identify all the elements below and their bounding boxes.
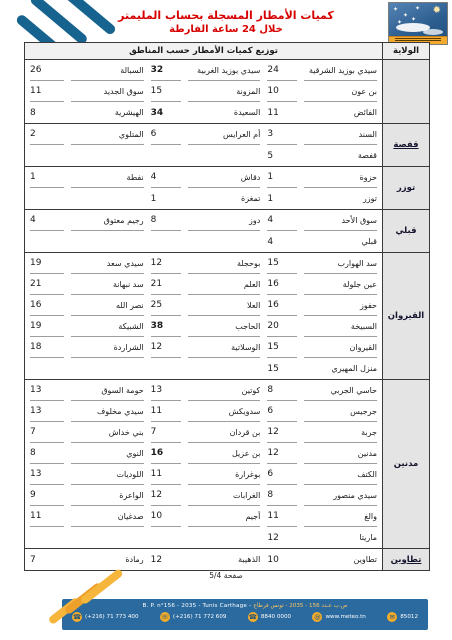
station-name: الشراردة bbox=[71, 337, 144, 358]
rain-value: 13 bbox=[30, 401, 64, 422]
rain-value: 11 bbox=[30, 81, 64, 102]
stations-grid: حزوة1دقاش4نفطة1توزر1تمغزة1 bbox=[25, 167, 382, 209]
station-name bbox=[188, 527, 261, 548]
station-name: ماريتا bbox=[304, 527, 377, 548]
station-name: كوتين bbox=[188, 380, 261, 401]
wilaya-label: توزر bbox=[382, 167, 429, 209]
rain-value: 7 bbox=[151, 422, 181, 443]
station-name: تمغزة bbox=[188, 188, 261, 209]
address-latin: B. P. n°156 - 2035 - Tunis Carthage - bbox=[142, 603, 251, 609]
rain-value: 3 bbox=[267, 124, 297, 145]
wilaya-group: تطاوينتطاوين10الذهيبة12رمادة7 bbox=[25, 548, 429, 570]
wilaya-group: قفصةالسند3أم العرايس6المتلوي2قفصة5 bbox=[25, 123, 429, 166]
rain-value: 12 bbox=[151, 485, 181, 506]
rain-value: 16 bbox=[267, 295, 297, 316]
rain-value bbox=[151, 145, 181, 166]
station-name: بن عون bbox=[304, 81, 377, 102]
rain-value: 8 bbox=[151, 210, 181, 231]
wilaya-label: قفصة bbox=[382, 124, 429, 166]
wilaya-label bbox=[382, 60, 429, 123]
rain-value: 5 bbox=[267, 145, 297, 166]
station-name: حزوة bbox=[304, 167, 377, 188]
rain-value: 21 bbox=[151, 274, 181, 295]
wilaya-group: سيدي بوزيد الشرقية24سيدي بوزيد الغربية32… bbox=[25, 60, 429, 123]
rain-value: 38 bbox=[151, 316, 181, 337]
contacts-row: ☎(+216) 71 773 400☏(+216) 71 772 609☎884… bbox=[62, 612, 428, 622]
station-name: المزونة bbox=[188, 81, 261, 102]
contact-text: (+216) 71 772 609 bbox=[173, 614, 227, 620]
rain-value bbox=[30, 527, 64, 548]
address-arabic: ص.ب عـدد 156 - 2035 - تونس قرطاج bbox=[253, 603, 347, 609]
rain-value: 13 bbox=[30, 380, 64, 401]
rain-value: 19 bbox=[30, 316, 64, 337]
station-name: منزل المهيري bbox=[304, 358, 377, 379]
rain-value: 8 bbox=[267, 485, 297, 506]
rain-table: الولاية توزيع كميات الأمطار حسب المناطق … bbox=[24, 42, 430, 571]
station-name: جربة bbox=[304, 422, 377, 443]
rain-value bbox=[151, 231, 181, 252]
rain-value: 12 bbox=[267, 422, 297, 443]
wilaya-group: القيروانسد الهوارب15بوحجلة12سيدي سعد19عي… bbox=[25, 252, 429, 379]
rain-value: 32 bbox=[151, 60, 181, 81]
wilaya-group: مدنينحاسي الجربي8كوتين13حومة السوق13جرجي… bbox=[25, 379, 429, 548]
station-name: الغرابات bbox=[188, 485, 261, 506]
rain-value: 16 bbox=[30, 295, 64, 316]
wilaya-column-header: الولاية bbox=[382, 43, 429, 59]
rain-value: 2 bbox=[30, 124, 64, 145]
table-groups: سيدي بوزيد الشرقية24سيدي بوزيد الغربية32… bbox=[25, 60, 429, 570]
wilaya-label: قبلي bbox=[382, 210, 429, 252]
station-name: القيروان bbox=[304, 337, 377, 358]
station-name: جرجيس bbox=[304, 401, 377, 422]
rain-value: 7 bbox=[30, 549, 64, 570]
station-name: بن عزيل bbox=[188, 443, 261, 464]
rain-report-page: { "page": { "title_line1": "كميات الأمطا… bbox=[0, 0, 452, 640]
station-name bbox=[71, 231, 144, 252]
station-name: اللوديات bbox=[71, 464, 144, 485]
rain-value: 13 bbox=[151, 380, 181, 401]
station-name: السند bbox=[304, 124, 377, 145]
station-name: الذهيبة bbox=[188, 549, 261, 570]
title-line2: خلال 24 ساعة الفارطة bbox=[0, 23, 452, 36]
rain-value: 4 bbox=[267, 210, 297, 231]
rain-value: 15 bbox=[267, 337, 297, 358]
rain-value: 26 bbox=[30, 60, 64, 81]
fax-icon: ☏ bbox=[160, 612, 170, 622]
station-name: نصر الله bbox=[71, 295, 144, 316]
station-name: النوي bbox=[71, 443, 144, 464]
rain-value: 8 bbox=[267, 380, 297, 401]
contact-text: 8840 0000 bbox=[261, 614, 291, 620]
stations-grid: السند3أم العرايس6المتلوي2قفصة5 bbox=[25, 124, 382, 166]
station-name bbox=[71, 358, 144, 379]
rain-value: 8 bbox=[30, 102, 64, 123]
rain-value: 7 bbox=[30, 422, 64, 443]
handset-icon: ☎ bbox=[248, 612, 258, 622]
rain-value: 6 bbox=[267, 401, 297, 422]
phone-icon: ☎ bbox=[72, 612, 82, 622]
station-name: سيدي بوزيد الغربية bbox=[188, 60, 261, 81]
station-name: بوغرارة bbox=[188, 464, 261, 485]
rain-value: 6 bbox=[267, 464, 297, 485]
station-name: والغ bbox=[304, 506, 377, 527]
station-name: العلم bbox=[188, 274, 261, 295]
station-name: الوسلاتية bbox=[188, 337, 261, 358]
station-name: توزر bbox=[304, 188, 377, 209]
rain-value: 25 bbox=[151, 295, 181, 316]
station-name: الواعرة bbox=[71, 485, 144, 506]
station-name: عين جلولة bbox=[304, 274, 377, 295]
document-title: كميات الأمطار المسجلة بحساب المليمتر خلا… bbox=[0, 9, 452, 36]
station-name bbox=[71, 527, 144, 548]
contact-item: ✉85012 bbox=[387, 612, 418, 622]
title-line1: كميات الأمطار المسجلة بحساب المليمتر bbox=[0, 9, 452, 23]
station-name: أجيم bbox=[188, 506, 261, 527]
rain-value: 15 bbox=[267, 253, 297, 274]
rain-value: 13 bbox=[30, 464, 64, 485]
station-name: مدنين bbox=[304, 443, 377, 464]
stations-grid: تطاوين10الذهيبة12رمادة7 bbox=[25, 549, 382, 570]
station-name: سوق الأحد bbox=[304, 210, 377, 231]
station-name: تطاوين bbox=[304, 549, 377, 570]
rain-value: 18 bbox=[30, 337, 64, 358]
wilaya-group: توزرحزوة1دقاش4نفطة1توزر1تمغزة1 bbox=[25, 166, 429, 209]
station-name: قبلي bbox=[304, 231, 377, 252]
stations-grid: سد الهوارب15بوحجلة12سيدي سعد19عين جلولة1… bbox=[25, 253, 382, 379]
station-name: سوق الجديد bbox=[71, 81, 144, 102]
station-name bbox=[188, 231, 261, 252]
station-name: الهيشرية bbox=[71, 102, 144, 123]
station-name bbox=[71, 188, 144, 209]
contact-text: (+216) 71 773 400 bbox=[85, 614, 139, 620]
globe-icon: @ bbox=[312, 612, 322, 622]
station-name: حاسي الجربي bbox=[304, 380, 377, 401]
station-name: سدويكش bbox=[188, 401, 261, 422]
station-name: سيدي مخلوف bbox=[71, 401, 144, 422]
rain-value: 1 bbox=[267, 167, 297, 188]
regions-span-header: توزيع كميات الأمطار حسب المناطق bbox=[25, 43, 382, 59]
station-name: سد الهوارب bbox=[304, 253, 377, 274]
station-name: الكتف bbox=[304, 464, 377, 485]
rain-value: 12 bbox=[267, 443, 297, 464]
rain-value: 6 bbox=[151, 124, 181, 145]
station-name: بني خداش bbox=[71, 422, 144, 443]
table-header-row: الولاية توزيع كميات الأمطار حسب المناطق bbox=[25, 43, 429, 60]
station-name: دوز bbox=[188, 210, 261, 231]
rain-value: 1 bbox=[267, 188, 297, 209]
wilaya-label: مدنين bbox=[382, 380, 429, 548]
station-name: قفصة bbox=[304, 145, 377, 166]
station-name: السبيخة bbox=[304, 316, 377, 337]
rain-value: 12 bbox=[151, 337, 181, 358]
wilaya-label: القيروان bbox=[382, 253, 429, 379]
rain-value bbox=[30, 188, 64, 209]
station-name bbox=[188, 145, 261, 166]
footer-banner: B. P. n°156 - 2035 - Tunis Carthage - ص.… bbox=[62, 599, 428, 630]
station-name: بن قردان bbox=[188, 422, 261, 443]
station-name: الحاجب bbox=[188, 316, 261, 337]
rain-value: 15 bbox=[267, 358, 297, 379]
contact-text: 85012 bbox=[400, 614, 418, 620]
station-name: نفطة bbox=[71, 167, 144, 188]
rain-value: 20 bbox=[267, 316, 297, 337]
rain-value: 4 bbox=[267, 231, 297, 252]
rain-value: 4 bbox=[30, 210, 64, 231]
rain-value: 11 bbox=[267, 102, 297, 123]
rain-value: 19 bbox=[30, 253, 64, 274]
wilaya-group: قبليسوق الأحد4دوز8رجيم معتوق4قبلي4 bbox=[25, 209, 429, 252]
rain-value: 12 bbox=[151, 253, 181, 274]
station-name: السعيدة bbox=[188, 102, 261, 123]
station-name: سيدي منصور bbox=[304, 485, 377, 506]
rain-value: 10 bbox=[267, 81, 297, 102]
rain-value: 21 bbox=[30, 274, 64, 295]
station-name: سيدي بوزيد الشرقية bbox=[304, 60, 377, 81]
rain-value: 12 bbox=[267, 527, 297, 548]
contact-text[interactable]: www.meteo.tn bbox=[325, 614, 365, 620]
station-name bbox=[188, 358, 261, 379]
station-name: العلا bbox=[188, 295, 261, 316]
contact-item[interactable]: @www.meteo.tn bbox=[312, 612, 365, 622]
station-name: صدغيان bbox=[71, 506, 144, 527]
rain-value: 24 bbox=[267, 60, 297, 81]
station-name: بوحجلة bbox=[188, 253, 261, 274]
station-name: رمادة bbox=[71, 549, 144, 570]
rain-value: 10 bbox=[151, 506, 181, 527]
station-name: دقاش bbox=[188, 167, 261, 188]
mail-icon: ✉ bbox=[387, 612, 397, 622]
station-name: سيدي سعد bbox=[71, 253, 144, 274]
rain-value: 11 bbox=[267, 506, 297, 527]
rain-value: 16 bbox=[151, 443, 181, 464]
rain-value bbox=[30, 358, 64, 379]
rain-value: 4 bbox=[151, 167, 181, 188]
contact-item: ☎(+216) 71 773 400 bbox=[72, 612, 139, 622]
contact-item: ☎8840 0000 bbox=[248, 612, 291, 622]
stations-grid: سوق الأحد4دوز8رجيم معتوق4قبلي4 bbox=[25, 210, 382, 252]
rain-value bbox=[151, 358, 181, 379]
rain-value: 9 bbox=[30, 485, 64, 506]
stations-grid: سيدي بوزيد الشرقية24سيدي بوزيد الغربية32… bbox=[25, 60, 382, 123]
rain-value: 1 bbox=[151, 188, 181, 209]
rain-value bbox=[30, 231, 64, 252]
rain-value bbox=[151, 527, 181, 548]
station-name: سد نبهانة bbox=[71, 274, 144, 295]
page-number: صفحة 5/4 bbox=[0, 571, 452, 580]
rain-value: 11 bbox=[30, 506, 64, 527]
stations-grid: حاسي الجربي8كوتين13حومة السوق13جرجيس6سدو… bbox=[25, 380, 382, 548]
station-name: رجيم معتوق bbox=[71, 210, 144, 231]
rain-value: 11 bbox=[151, 464, 181, 485]
rain-value: 1 bbox=[30, 167, 64, 188]
station-name bbox=[71, 145, 144, 166]
station-name: السبالة bbox=[71, 60, 144, 81]
station-name: حومة السوق bbox=[71, 380, 144, 401]
station-name: حفوز bbox=[304, 295, 377, 316]
rain-value: 11 bbox=[151, 401, 181, 422]
contact-item: ☏(+216) 71 772 609 bbox=[160, 612, 227, 622]
wilaya-label: تطاوين bbox=[382, 549, 429, 570]
station-name: المتلوي bbox=[71, 124, 144, 145]
rain-value: 12 bbox=[151, 549, 181, 570]
rain-value: 8 bbox=[30, 443, 64, 464]
postal-address: B. P. n°156 - 2035 - Tunis Carthage - ص.… bbox=[62, 603, 428, 609]
station-name: الشبيكة bbox=[71, 316, 144, 337]
rain-value: 10 bbox=[267, 549, 297, 570]
rain-value bbox=[30, 145, 64, 166]
station-name: الفائض bbox=[304, 102, 377, 123]
rain-value: 15 bbox=[151, 81, 181, 102]
rain-value: 16 bbox=[267, 274, 297, 295]
station-name: أم العرايس bbox=[188, 124, 261, 145]
rain-value: 34 bbox=[151, 102, 181, 123]
